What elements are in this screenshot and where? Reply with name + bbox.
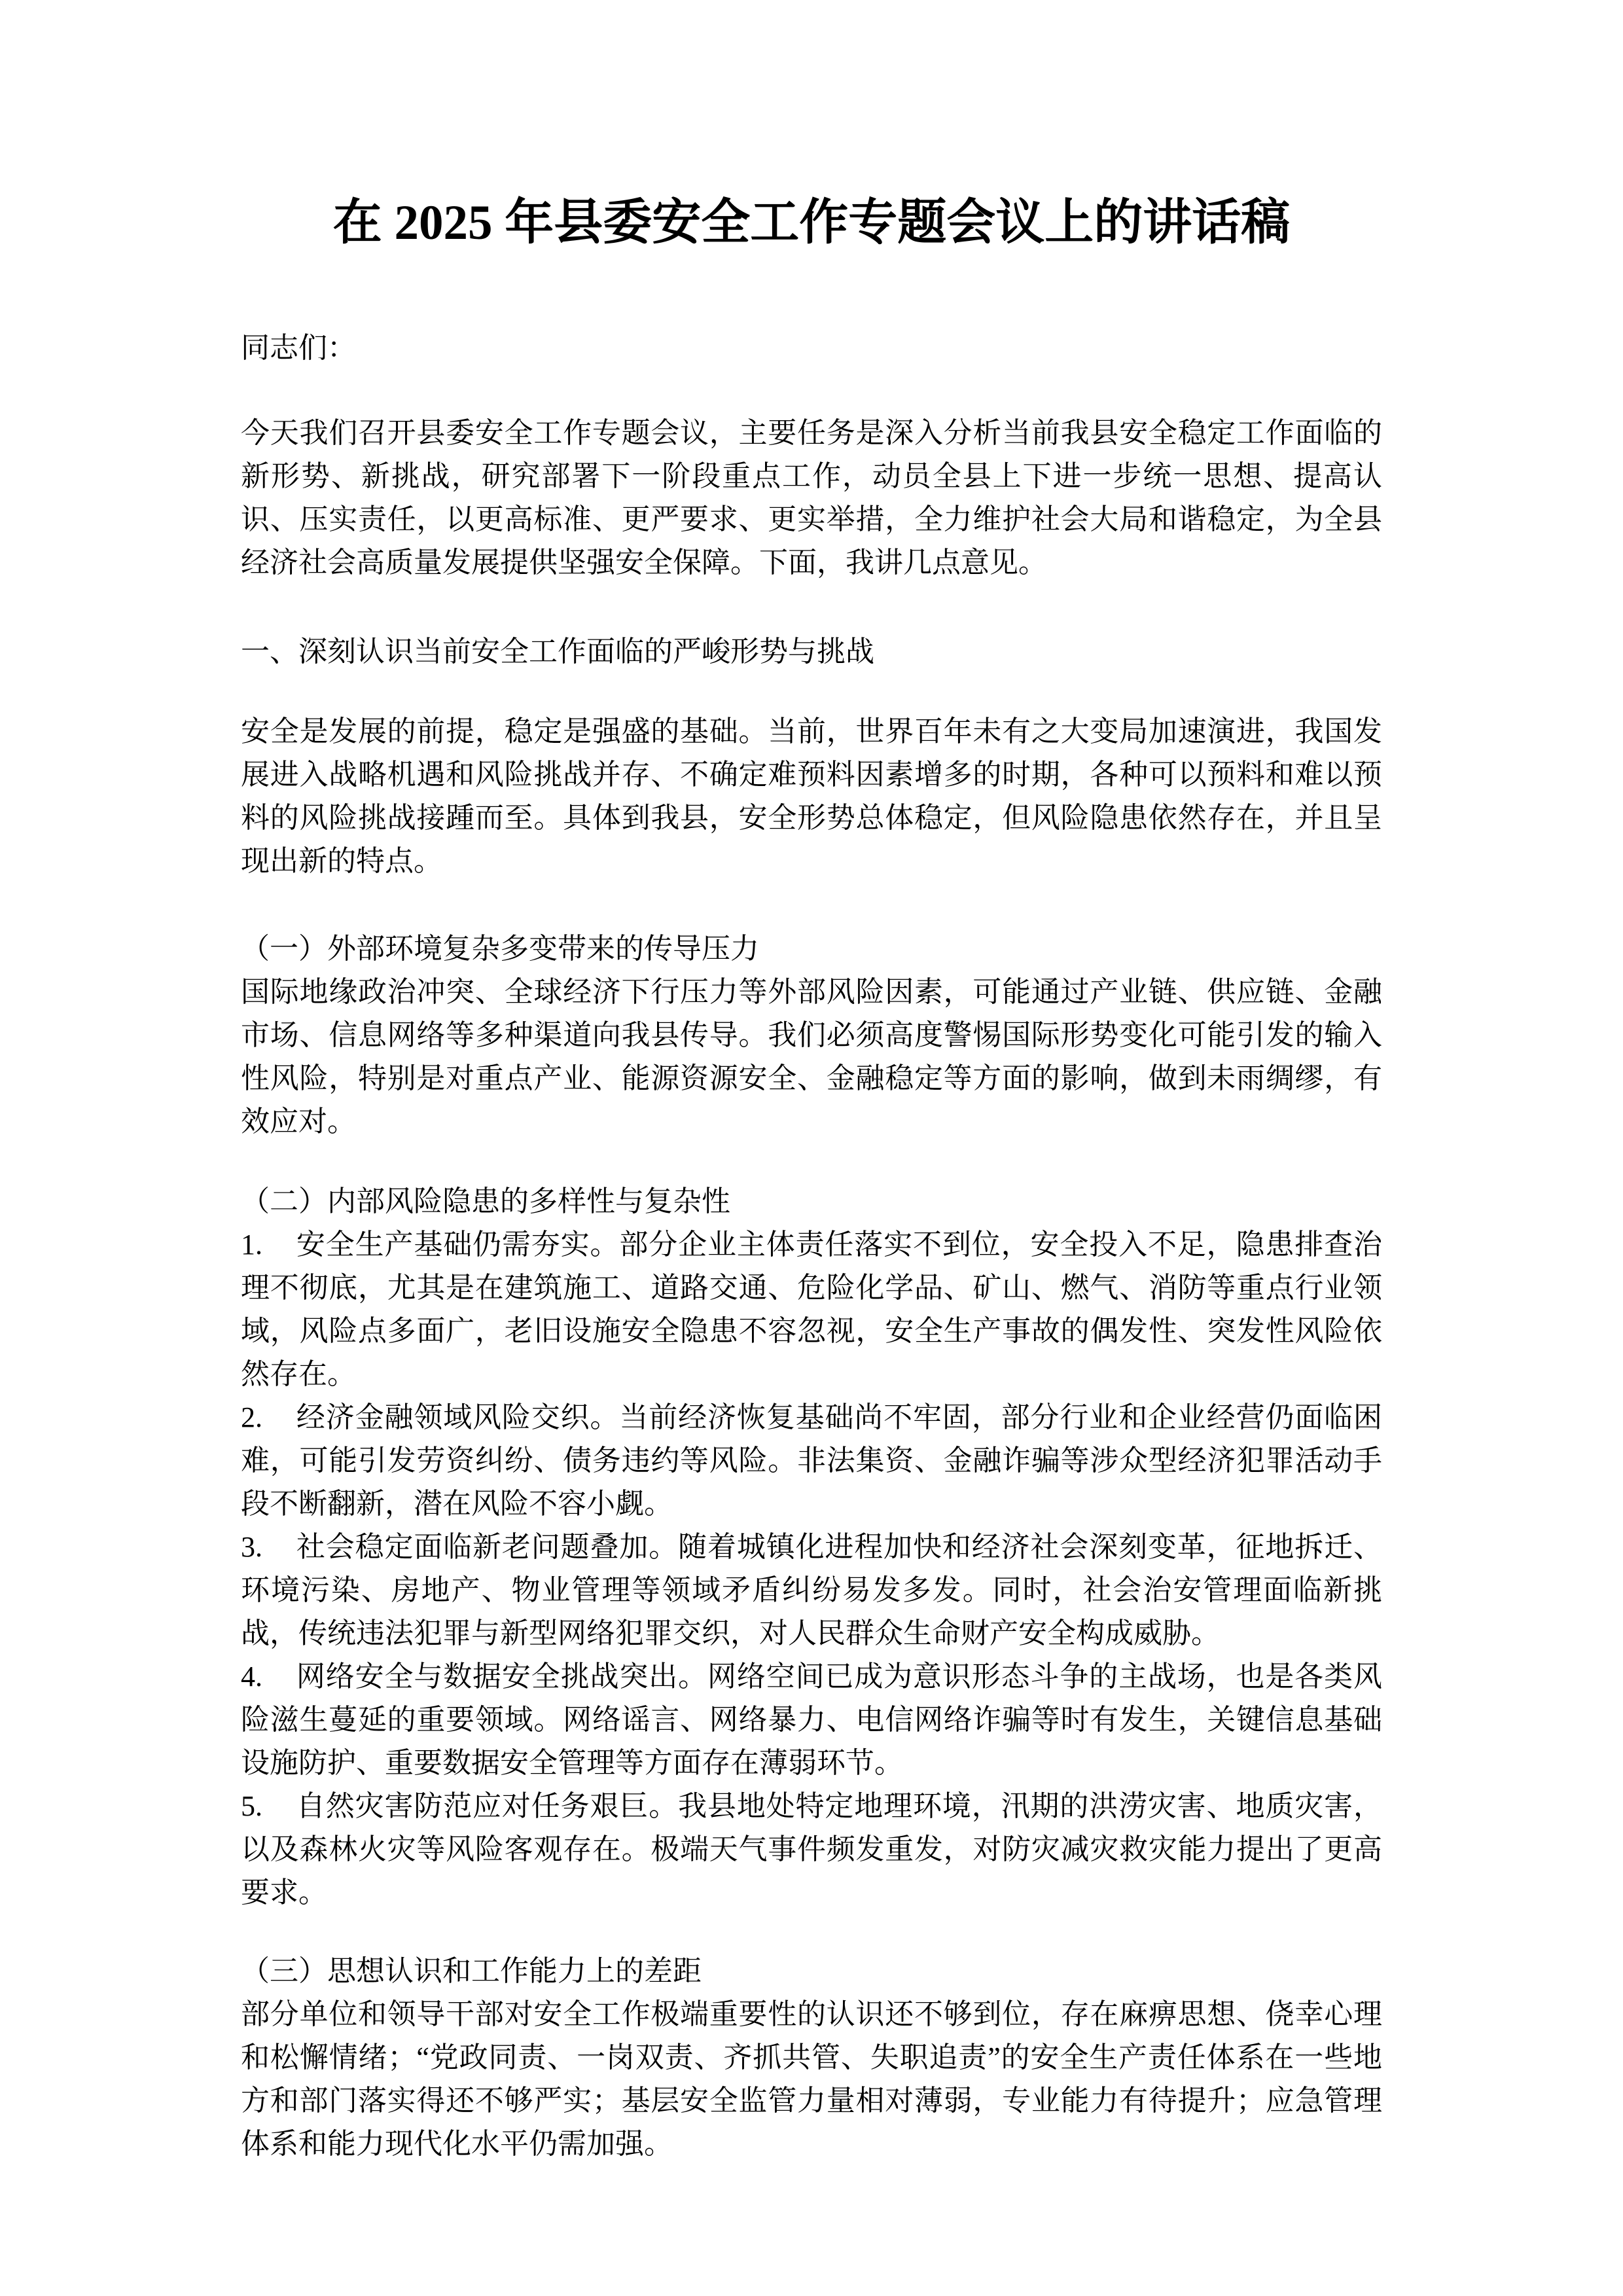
list-item: 4.网络安全与数据安全挑战突出。网络空间已成为意识形态斗争的主战场，也是各类风险…: [241, 1655, 1382, 1785]
subsection-1-heading: （一）外部环境复杂多变带来的传导压力: [241, 927, 1382, 971]
subsection-2-heading: （二）内部风险隐患的多样性与复杂性: [241, 1180, 1382, 1223]
list-item: 5.自然灾害防范应对任务艰巨。我县地处特定地理环境，汛期的洪涝灾害、地质灾害，以…: [241, 1785, 1382, 1914]
list-item-number: 3.: [241, 1526, 296, 1569]
list-item-text: 自然灾害防范应对任务艰巨。我县地处特定地理环境，汛期的洪涝灾害、地质灾害，以及森…: [241, 1790, 1382, 1909]
list-item-number: 2.: [241, 1396, 296, 1439]
subsection-3-heading: （三）思想认识和工作能力上的差距: [241, 1950, 1382, 1993]
subsection-1-paragraph: 国际地缘政治冲突、全球经济下行压力等外部风险因素，可能通过产业链、供应链、金融市…: [241, 971, 1382, 1143]
list-item-text: 经济金融领域风险交织。当前经济恢复基础尚不牢固，部分行业和企业经营仍面临困难，可…: [241, 1401, 1382, 1520]
list-item-number: 1.: [241, 1223, 296, 1266]
intro-paragraph: 今天我们召开县委安全工作专题会议，主要任务是深入分析当前我县安全稳定工作面临的新…: [241, 412, 1382, 584]
salutation: 同志们：: [241, 327, 1382, 370]
list-item-text: 网络安全与数据安全挑战突出。网络空间已成为意识形态斗争的主战场，也是各类风险滋生…: [241, 1660, 1382, 1779]
list-item-number: 4.: [241, 1655, 296, 1698]
risk-item-list: 1.安全生产基础仍需夯实。部分企业主体责任落实不到位，安全投入不足，隐患排查治理…: [241, 1223, 1382, 1914]
list-item-number: 5.: [241, 1785, 296, 1828]
section-1-lead-paragraph: 安全是发展的前提，稳定是强盛的基础。当前，世界百年未有之大变局加速演进，我国发展…: [241, 710, 1382, 883]
document-title: 在 2025 年县委安全工作专题会议上的讲话稿: [241, 191, 1382, 255]
document-page: 在 2025 年县委安全工作专题会议上的讲话稿 同志们： 今天我们召开县委安全工…: [0, 0, 1623, 2296]
list-item: 3.社会稳定面临新老问题叠加。随着城镇化进程加快和经济社会深刻变革，征地拆迁、环…: [241, 1526, 1382, 1655]
list-item-text: 社会稳定面临新老问题叠加。随着城镇化进程加快和经济社会深刻变革，征地拆迁、环境污…: [241, 1531, 1382, 1649]
list-item-text: 安全生产基础仍需夯实。部分企业主体责任落实不到位，安全投入不足，隐患排查治理不彻…: [241, 1229, 1382, 1390]
section-1-heading: 一、深刻认识当前安全工作面临的严峻形势与挑战: [241, 630, 1382, 673]
list-item: 2.经济金融领域风险交织。当前经济恢复基础尚不牢固，部分行业和企业经营仍面临困难…: [241, 1396, 1382, 1526]
list-item: 1.安全生产基础仍需夯实。部分企业主体责任落实不到位，安全投入不足，隐患排查治理…: [241, 1223, 1382, 1396]
subsection-3-paragraph: 部分单位和领导干部对安全工作极端重要性的认识还不够到位，存在麻痹思想、侥幸心理和…: [241, 1993, 1382, 2166]
